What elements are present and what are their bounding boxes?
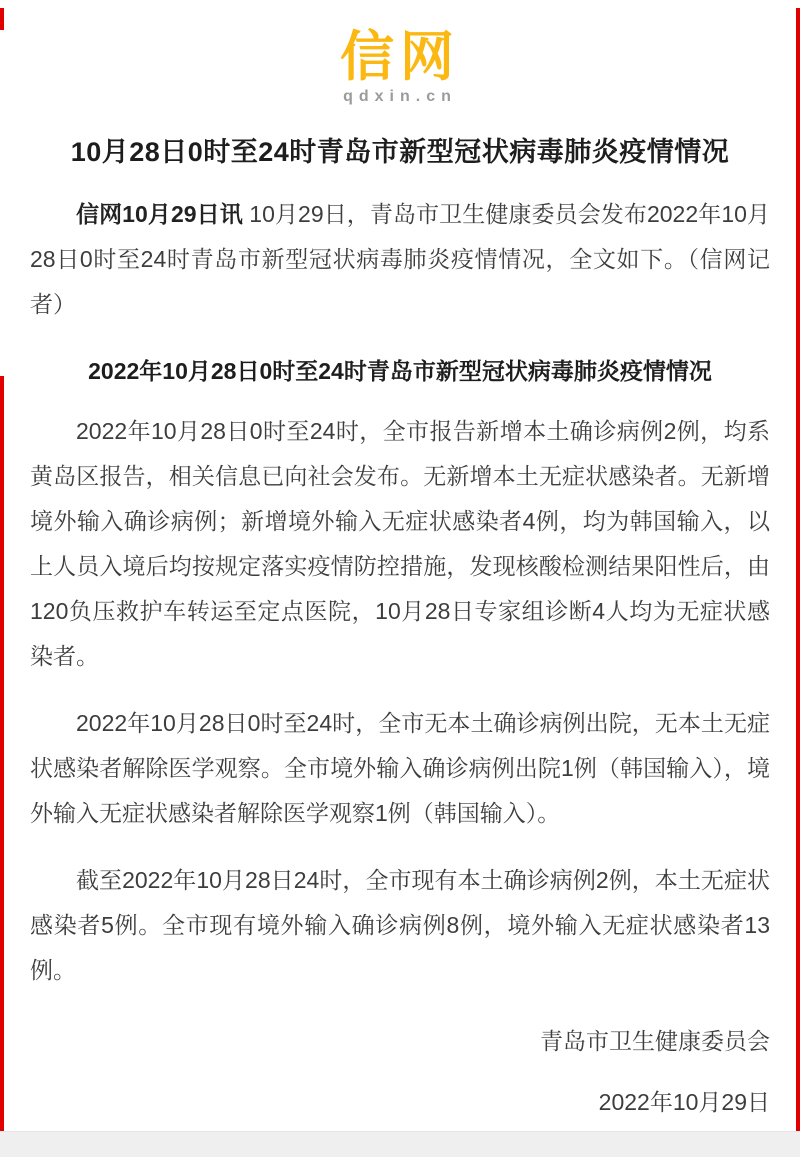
site-header: 信网 qdxin.cn [0, 0, 800, 106]
signature-date: 2022年10月29日 [30, 1080, 770, 1125]
intro-lead: 信网10月29日讯 [76, 201, 243, 227]
article-paragraph-3: 截至2022年10月28日24时，全市现有本土确诊病例2例，本土无症状感染者5例… [30, 858, 770, 993]
footer-band [0, 1131, 800, 1157]
article-subtitle: 2022年10月28日0时至24时青岛市新型冠状病毒肺炎疫情情况 [30, 357, 770, 387]
logo-brand-text: 信网 [340, 30, 460, 84]
qdxin-logo[interactable]: 信网 qdxin.cn [340, 30, 460, 105]
signature-org: 青岛市卫生健康委员会 [30, 1019, 770, 1064]
screenshot-edge-left [0, 376, 4, 1157]
article-body: 10月28日0时至24时青岛市新型冠状病毒肺炎疫情情况 信网10月29日讯 10… [0, 136, 800, 1125]
article-title: 10月28日0时至24时青岛市新型冠状病毒肺炎疫情情况 [40, 136, 760, 170]
article-page: 信网 qdxin.cn 10月28日0时至24时青岛市新型冠状病毒肺炎疫情情况 … [0, 0, 800, 1157]
article-paragraph-2: 2022年10月28日0时至24时，全市无本土确诊病例出院，无本土无症状感染者解… [30, 701, 770, 836]
article-intro-paragraph: 信网10月29日讯 10月29日，青岛市卫生健康委员会发布2022年10月28日… [30, 192, 770, 327]
logo-domain-text: qdxin.cn [340, 89, 460, 105]
article-paragraph-1: 2022年10月28日0时至24时，全市报告新增本土确诊病例2例，均系黄岛区报告… [30, 409, 770, 679]
screenshot-edge-left-dash [0, 8, 4, 30]
screenshot-edge-right [796, 8, 800, 1157]
